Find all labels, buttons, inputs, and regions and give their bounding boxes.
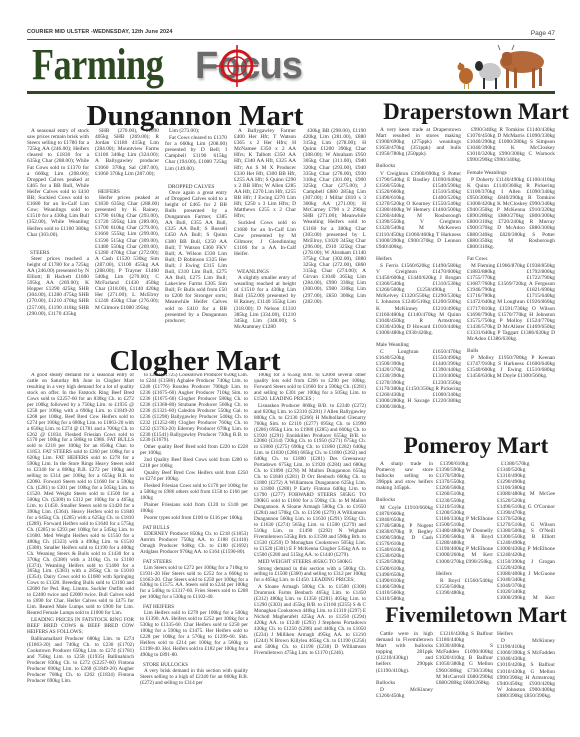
article-paragraph: EDERNEY Producer 850kg Ch. to £218 (£185… <box>140 532 248 556</box>
article-paragraph: A Sloane Armagh 500kg Ch. to £1500 (£300… <box>254 585 366 656</box>
fivemiletown-mart-title: Fivemiletown Mart <box>372 604 580 626</box>
article-paragraph: Quality Beef Bred Cow Heifers sold from … <box>140 471 248 483</box>
subheading-fat-cows: Fat Cows <box>467 256 555 262</box>
article-paragraph: Fat Cows cleared to £1370 for a 660kg Li… <box>165 135 227 172</box>
masthead-farming-word: Farming <box>32 40 163 90</box>
article-paragraph: Steer prices reached a height of £1780 f… <box>27 256 89 317</box>
price-list: £1390/610kg £1390/590kg £1370/590kg £137… <box>436 461 493 565</box>
price-list: £1210/430kg S Balfour £1180/440kg £1030/… <box>436 631 493 686</box>
page-header-bar: COURIER MID ULSTER -WEDNESDAY, 12th June… <box>27 28 555 40</box>
fivemiletown-column-2: £1210/430kg S Balfour £1180/440kg £1030/… <box>436 631 493 711</box>
article-paragraph: A very keen trade at Draperstown Mart re… <box>376 127 461 157</box>
crosshair-target-icon <box>215 44 259 88</box>
subheading-heifers: Heifers <box>436 571 493 577</box>
subheading-female-weanlings: Female Weanlings <box>467 170 555 176</box>
fivemiletown-column-3: Heifers D McKinney £1190/410kg £1060/390… <box>497 631 555 711</box>
article-paragraph: to £250 (£1725) Cookstown Producer 650kg… <box>140 373 248 444</box>
dungannon-mart-title: Dungannon Mart <box>20 102 370 131</box>
price-list: M Fleming £1966/870kg £1938/850kg £1883/… <box>467 263 555 342</box>
article-paragraph: Strong demand in this section with a 500… <box>254 567 366 585</box>
farm-animals-image <box>450 40 555 92</box>
article-paragraph: Once again a great entry of Dropped Calv… <box>165 190 227 324</box>
price-list: D McKinney £1260/450kg <box>376 687 433 699</box>
pomeroy-column-1: A sharp trade in Pomeroy saw store bullo… <box>376 461 433 601</box>
article-paragraph: A seasonal entry of stock saw prices rem… <box>27 128 89 238</box>
price-list: £990/340kg R Tomkins £1140/430kg £1070/4… <box>467 127 555 164</box>
article-paragraph: Lisnaskea Producer 860kg B/B. to £2340 (… <box>254 404 366 559</box>
article-paragraph: A sharp trade in Pomeroy saw store bullo… <box>376 461 433 491</box>
price-list: C Loughran £1650/470kg £1640/520kg £1550… <box>376 349 461 410</box>
article-paragraph: Lim Heifers sold to £278 per 100kg for a… <box>140 611 248 659</box>
subheading-med-weight-steers: MED WEIGHT STEERS 405KG TO 500KG <box>254 560 366 566</box>
article-paragraph: Heifer prices peaked at £1830 635kg Char… <box>95 195 159 311</box>
price-list: P Doherty £1140/490kg £1100/410kg K Quin… <box>467 177 555 250</box>
article-paragraph: A good steady demand for a seasonal entr… <box>27 373 134 617</box>
draperstown-column-1: A very keen trade at Draperstown Mart re… <box>376 127 461 447</box>
dungannon-column-4: A Ballygawley Farmer £400 Her Hfr; T Wat… <box>234 128 296 338</box>
pomeroy-column-3: £1380/570kg £1340/520kg £1310/490kg £129… <box>497 461 555 601</box>
dungannon-column-5: 430kg BB (298.00), £1190 420kg Lim (281.… <box>303 128 366 338</box>
article-paragraph: Poorer types sold from £100 to £116 per … <box>140 516 248 522</box>
subheading-heifers: Heifers <box>497 631 555 637</box>
price-list: D McKinney £1190/410kg £1060/390kg S McF… <box>497 638 555 699</box>
fivemiletown-column-1: Cattle were in high demand in Fivemileto… <box>376 631 433 711</box>
clogher-column-2: to £250 (£1725) Cookstown Producer 650kg… <box>140 373 248 703</box>
subheading-bullocks: Bullocks <box>376 163 461 169</box>
article-paragraph: A very brisk demand in this section with… <box>140 669 248 687</box>
dungannon-column-1: A seasonal entry of stock saw prices rem… <box>27 128 89 338</box>
farming-focus-masthead: Farming Focus <box>27 40 555 94</box>
subheading-bulls: Bulls <box>467 348 555 354</box>
price-list: £1380/570kg £1340/520kg £1310/490kg £129… <box>497 461 555 601</box>
price-list: R Boyd £1560/540kg £1550/500kg £1390/480… <box>436 578 493 596</box>
price-list: S Ferris £1560/620kg £1490/580kg V Creig… <box>376 263 461 336</box>
subheading-bullocks: Bullocks <box>376 680 433 686</box>
clogher-mart-title: Clogher Mart <box>20 347 370 376</box>
page-number: Page 47 <box>531 30 555 37</box>
article-paragraph: Cattle were in high demand in Fivemileto… <box>376 631 433 674</box>
article-paragraph: Plainer Friesians sold from £120 to £140… <box>140 503 248 515</box>
draperstown-column-2: £990/340kg R Tomkins £1140/430kg £1070/4… <box>467 127 555 447</box>
masthead-rule <box>27 91 555 94</box>
price-list: P Molloy £1950/780kg P Keenan £1747/910k… <box>467 355 555 379</box>
article-paragraph: Other quality Beef Bred sold from £220 t… <box>140 445 248 457</box>
article-paragraph: Ballinamallard Producer 680kg Lim. to £2… <box>27 637 134 685</box>
article-paragraph: SHB (270.00), £1090 405kg SHB (269.00); … <box>95 128 159 177</box>
price-list: M Coyle £1910/660kg £1870/660kg £1840/65… <box>376 505 433 601</box>
subheading-bullocks: Bullocks <box>376 497 433 503</box>
pomeroy-column-2: £1390/610kg £1390/590kg £1370/590kg £137… <box>436 461 493 601</box>
article-paragraph: LEADING PRICES IN FATSTOCK RING FOR BEEF… <box>27 618 134 636</box>
article-paragraph: A slightly smaller entry of weanling rea… <box>234 275 296 330</box>
article-paragraph: Lim (273.00); <box>165 128 227 134</box>
subheading-male-weanling: Male Weanling <box>376 342 461 348</box>
price-list: V Creighton £1900/690kg S Potter £1790/5… <box>376 171 461 250</box>
publication-dateline: COURIER MID ULSTER -WEDNESDAY, 12th June… <box>27 29 173 35</box>
article-paragraph: 430kg BB (298.00), £1190 420kg Lim (281.… <box>303 128 366 305</box>
subheading-heifers: Heifers <box>376 256 461 262</box>
clogher-column-3: 100kg for a 655kg B/B. to £2060 several … <box>254 373 366 703</box>
article-paragraph: 100kg for a 655kg B/B. to £2060 several … <box>254 373 366 403</box>
article-paragraph: Lim Steers sold to £272 per 100kg for a … <box>140 566 248 602</box>
draperstown-mart-title: Draperstown Mart <box>372 100 580 123</box>
clogher-column-1: A good steady demand for a seasonal entr… <box>27 373 134 703</box>
pomeroy-mart-title: Pomeroy Mart <box>372 434 580 457</box>
dungannon-column-3: Lim (273.00); Fat Cows cleared to £1370 … <box>165 128 227 338</box>
dungannon-column-2: SHB (270.00), £1090 405kg SHB (269.00); … <box>95 128 159 338</box>
article-paragraph: A Ballygawley Farmer £400 Her Hfr; T Wat… <box>234 128 296 219</box>
article-paragraph: 2nd Quality Beef Bred Cows sold from £20… <box>140 458 248 470</box>
article-paragraph: Suckled Cows sold to £1680 for an In-Cal… <box>234 220 296 257</box>
article-paragraph: Fleshed Friesian Cows sold to £170 per 1… <box>140 484 248 502</box>
